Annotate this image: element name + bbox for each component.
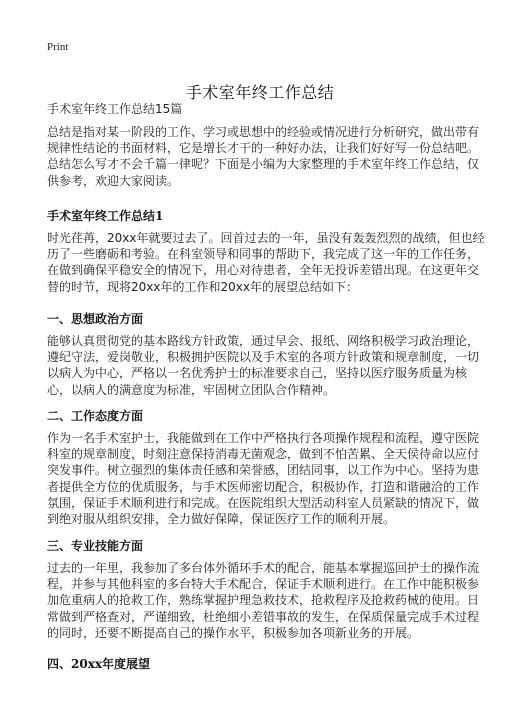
section-heading-attitude: 二、工作态度方面 xyxy=(47,407,143,424)
intro-paragraph: 总结是指对某一阶段的工作、学习或思想中的经验或情况进行分析研究，做出带有规律性结… xyxy=(47,124,485,189)
section-body-skills: 过去的一年里，我参加了多台体外循环手术的配合，能基本掌握巡回护士的操作流程，并参… xyxy=(47,560,485,641)
section-heading-skills: 三、专业技能方面 xyxy=(47,537,143,554)
document-subtitle: 手术室年终工作总结15篇 xyxy=(47,100,182,117)
section-body-attitude: 作为一名手术室护士，我能做到在工作中严格执行各项操作规程和流程，遵守医院科室的规… xyxy=(47,430,485,527)
opening-paragraph: 时光荏苒，20xx年就要过去了。回首过去的一年，虽没有轰轰烈烈的战绩，但也经历了… xyxy=(47,230,485,295)
article-heading: 手术室年终工作总结1 xyxy=(47,207,163,224)
section-heading-politics: 一、思想政治方面 xyxy=(47,310,143,327)
section-body-politics: 能够认真贯彻党的基本路线方针政策，通过早会、报纸、网络积极学习政治理论，遵纪守法… xyxy=(47,333,485,398)
print-label: Print xyxy=(47,41,68,53)
section-heading-outlook: 四、20xx年度展望 xyxy=(47,655,150,672)
